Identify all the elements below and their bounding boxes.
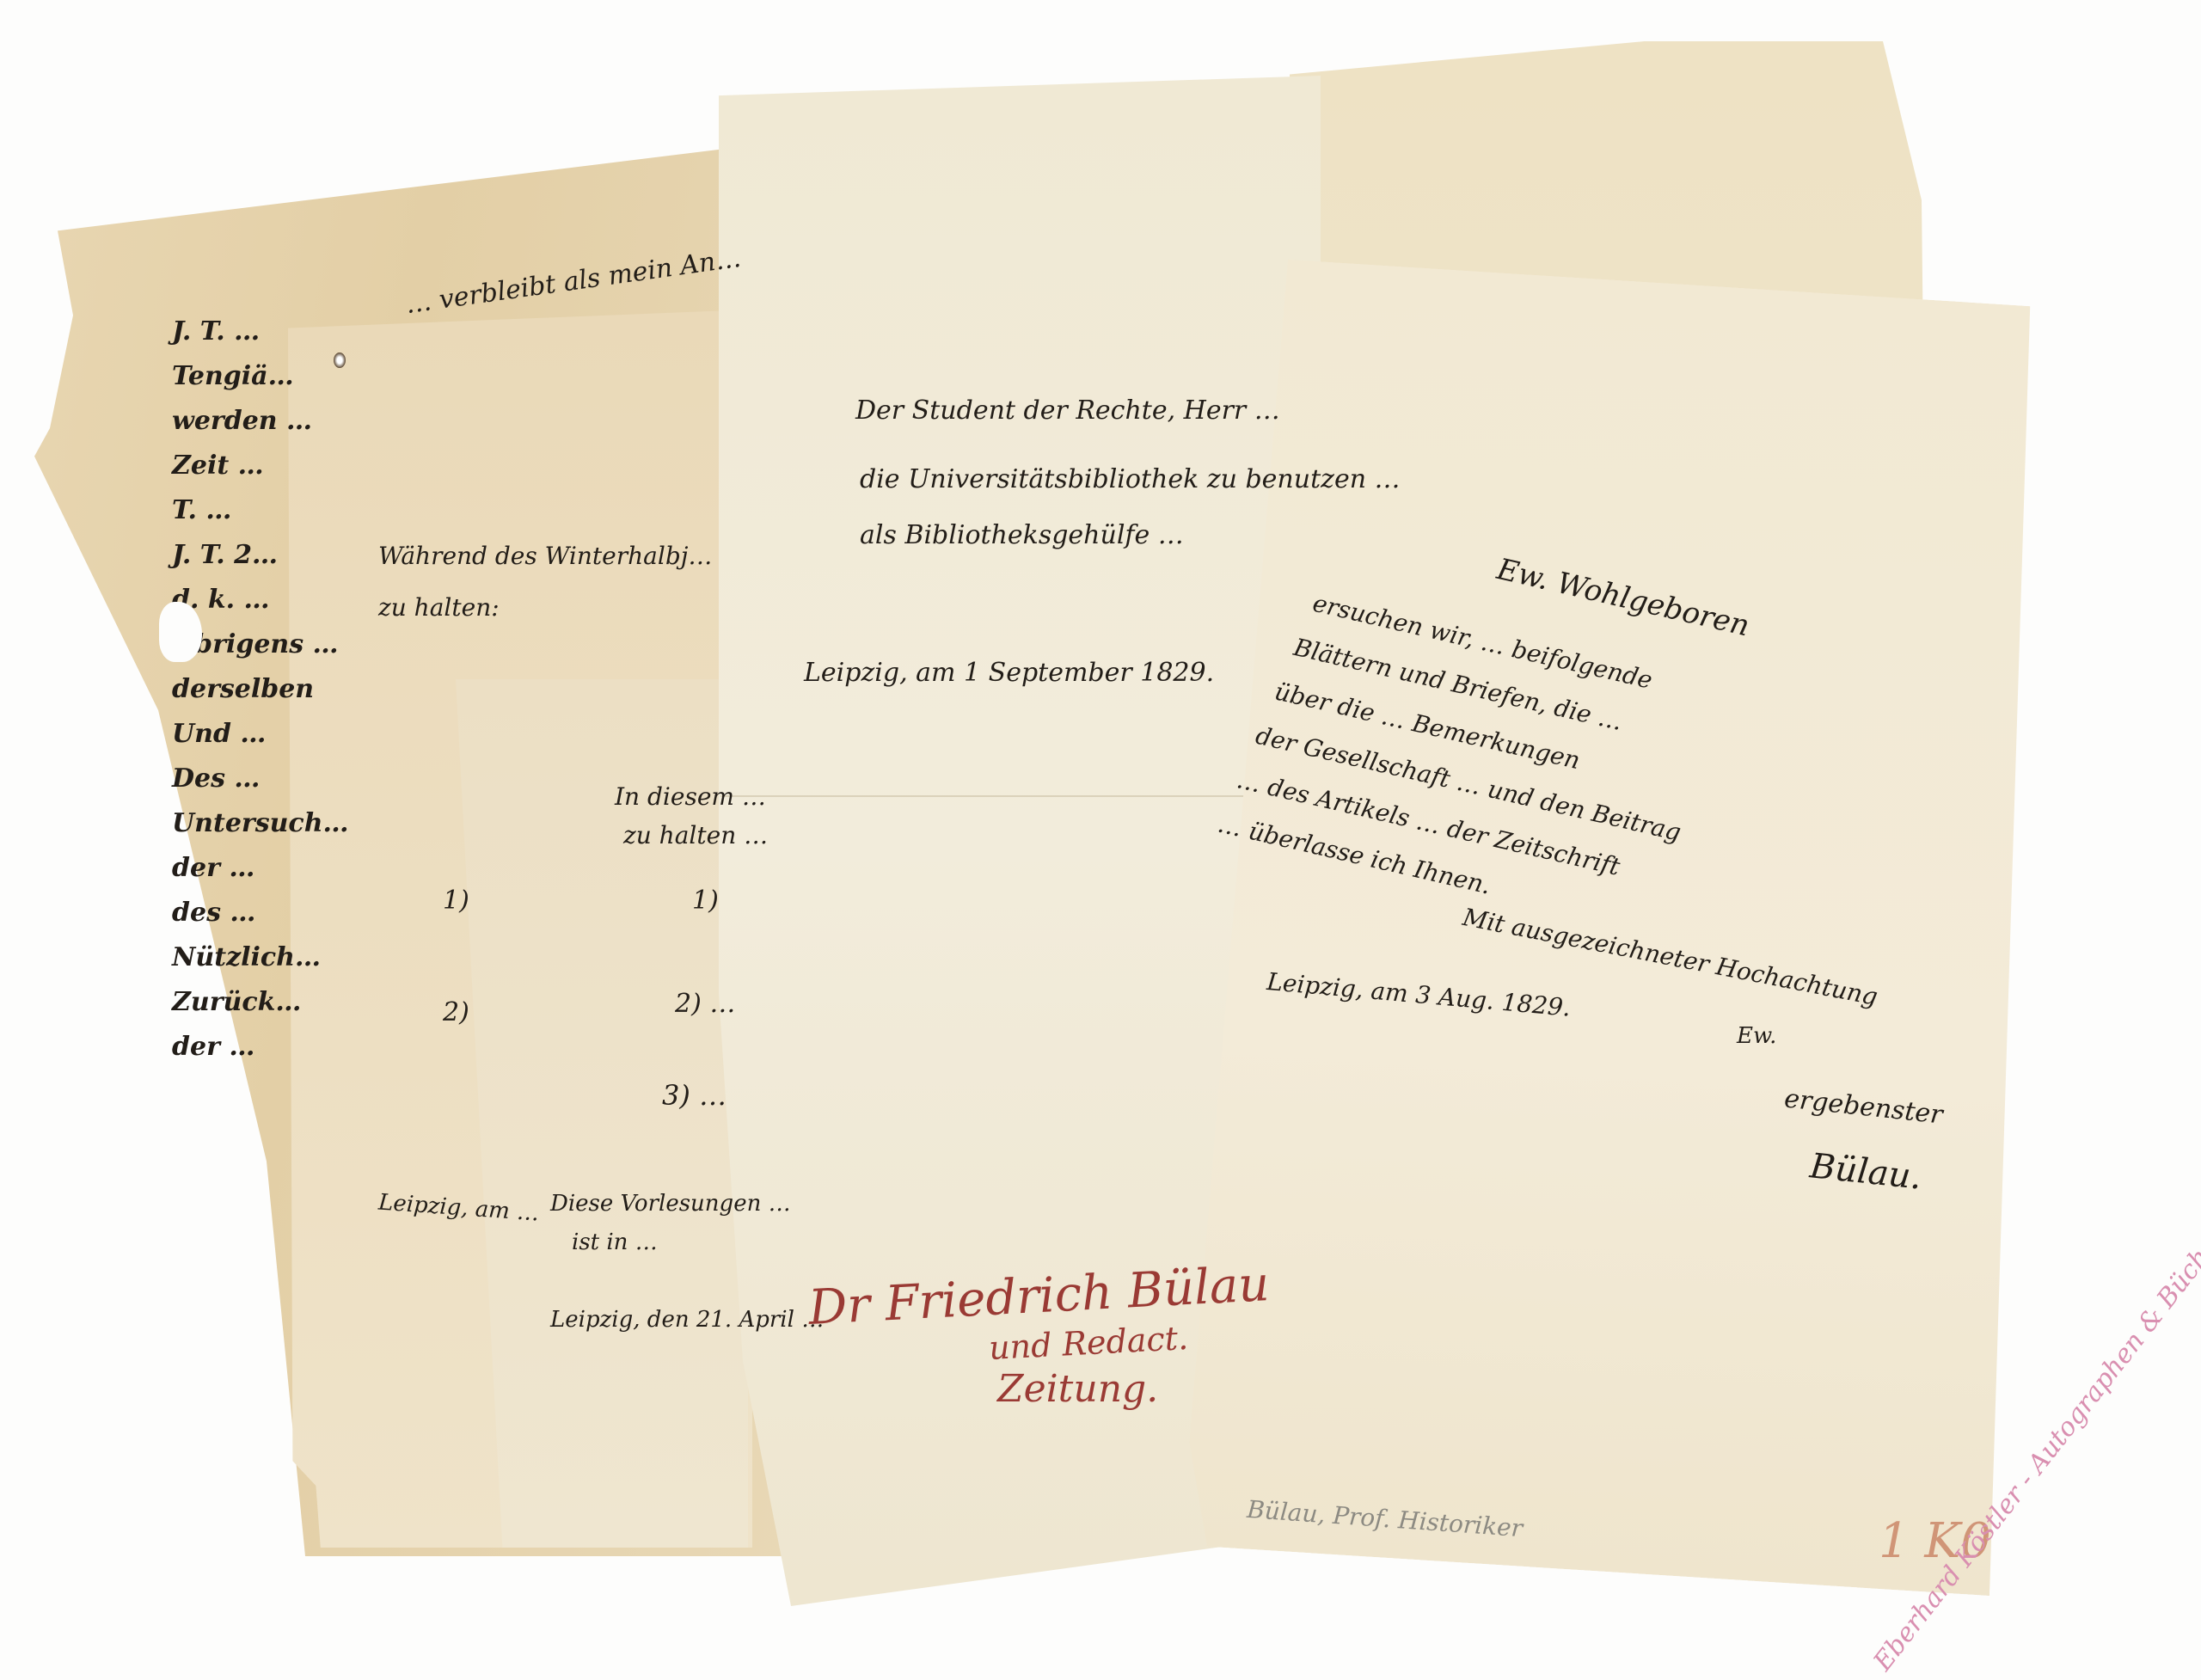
back-left-line: Zeit … <box>172 444 292 488</box>
back-left-line: derselben <box>172 667 292 712</box>
back-left-line: werden … <box>172 399 292 444</box>
red-inscription-line-3: Zeitung. <box>997 1367 1158 1411</box>
back-left-line: des … <box>172 891 292 935</box>
letter-signature-prefix: Ew. <box>1737 1023 1776 1049</box>
back-left-line: Des … <box>172 757 292 801</box>
stack2-line-2: zu halten: <box>378 593 500 622</box>
back-left-line: Nützlich… <box>172 935 292 980</box>
back-left-line: T. … <box>172 488 292 533</box>
back-left-line: der … <box>172 846 292 891</box>
stack3-marker-2: 2) … <box>675 989 735 1019</box>
middle-sheet-fold-line <box>720 795 1288 797</box>
middle-line-1: Der Student der Rechte, Herr … <box>855 395 1280 426</box>
stack2-marker-1: 1) <box>443 886 469 916</box>
stack3-marker-1: 1) <box>692 886 719 916</box>
right-front-letter-sheet <box>1183 258 2070 1596</box>
back-left-text-column: J. T. … Tengiä… werden … Zeit … T. … J. … <box>172 310 292 1070</box>
pin-hole <box>334 353 346 368</box>
back-left-line: Und … <box>172 712 292 757</box>
stack3-footer-line-2: ist in … <box>572 1229 658 1255</box>
stack3-footer-line-1: Diese Vorlesungen … <box>550 1191 791 1217</box>
stack2-line-1: Während des Winterhalbj… <box>378 542 712 570</box>
back-left-line: Zurück… <box>172 980 292 1025</box>
stack2-marker-2: 2) <box>443 997 469 1027</box>
back-left-line: J. T. 2… <box>172 533 292 578</box>
middle-line-3: als Bibliotheksgehülfe … <box>860 520 1184 550</box>
middle-date-line: Leipzig, am 1 September 1829. <box>804 658 1214 688</box>
back-left-line: J. T. … <box>172 310 292 354</box>
back-left-line: der … <box>172 1025 292 1070</box>
back-left-line: Tengiä… <box>172 354 292 399</box>
stack3-date-line: Leipzig, den 21. April … <box>550 1307 824 1333</box>
back-left-line: Untersuch… <box>172 801 292 846</box>
stack3-line-2: zu halten … <box>623 821 768 849</box>
stack3-marker-3: 3) … <box>662 1079 727 1112</box>
stack3-line-1: In diesem … <box>615 782 766 811</box>
middle-line-2: die Universitätsbibliothek zu benutzen … <box>860 464 1401 494</box>
